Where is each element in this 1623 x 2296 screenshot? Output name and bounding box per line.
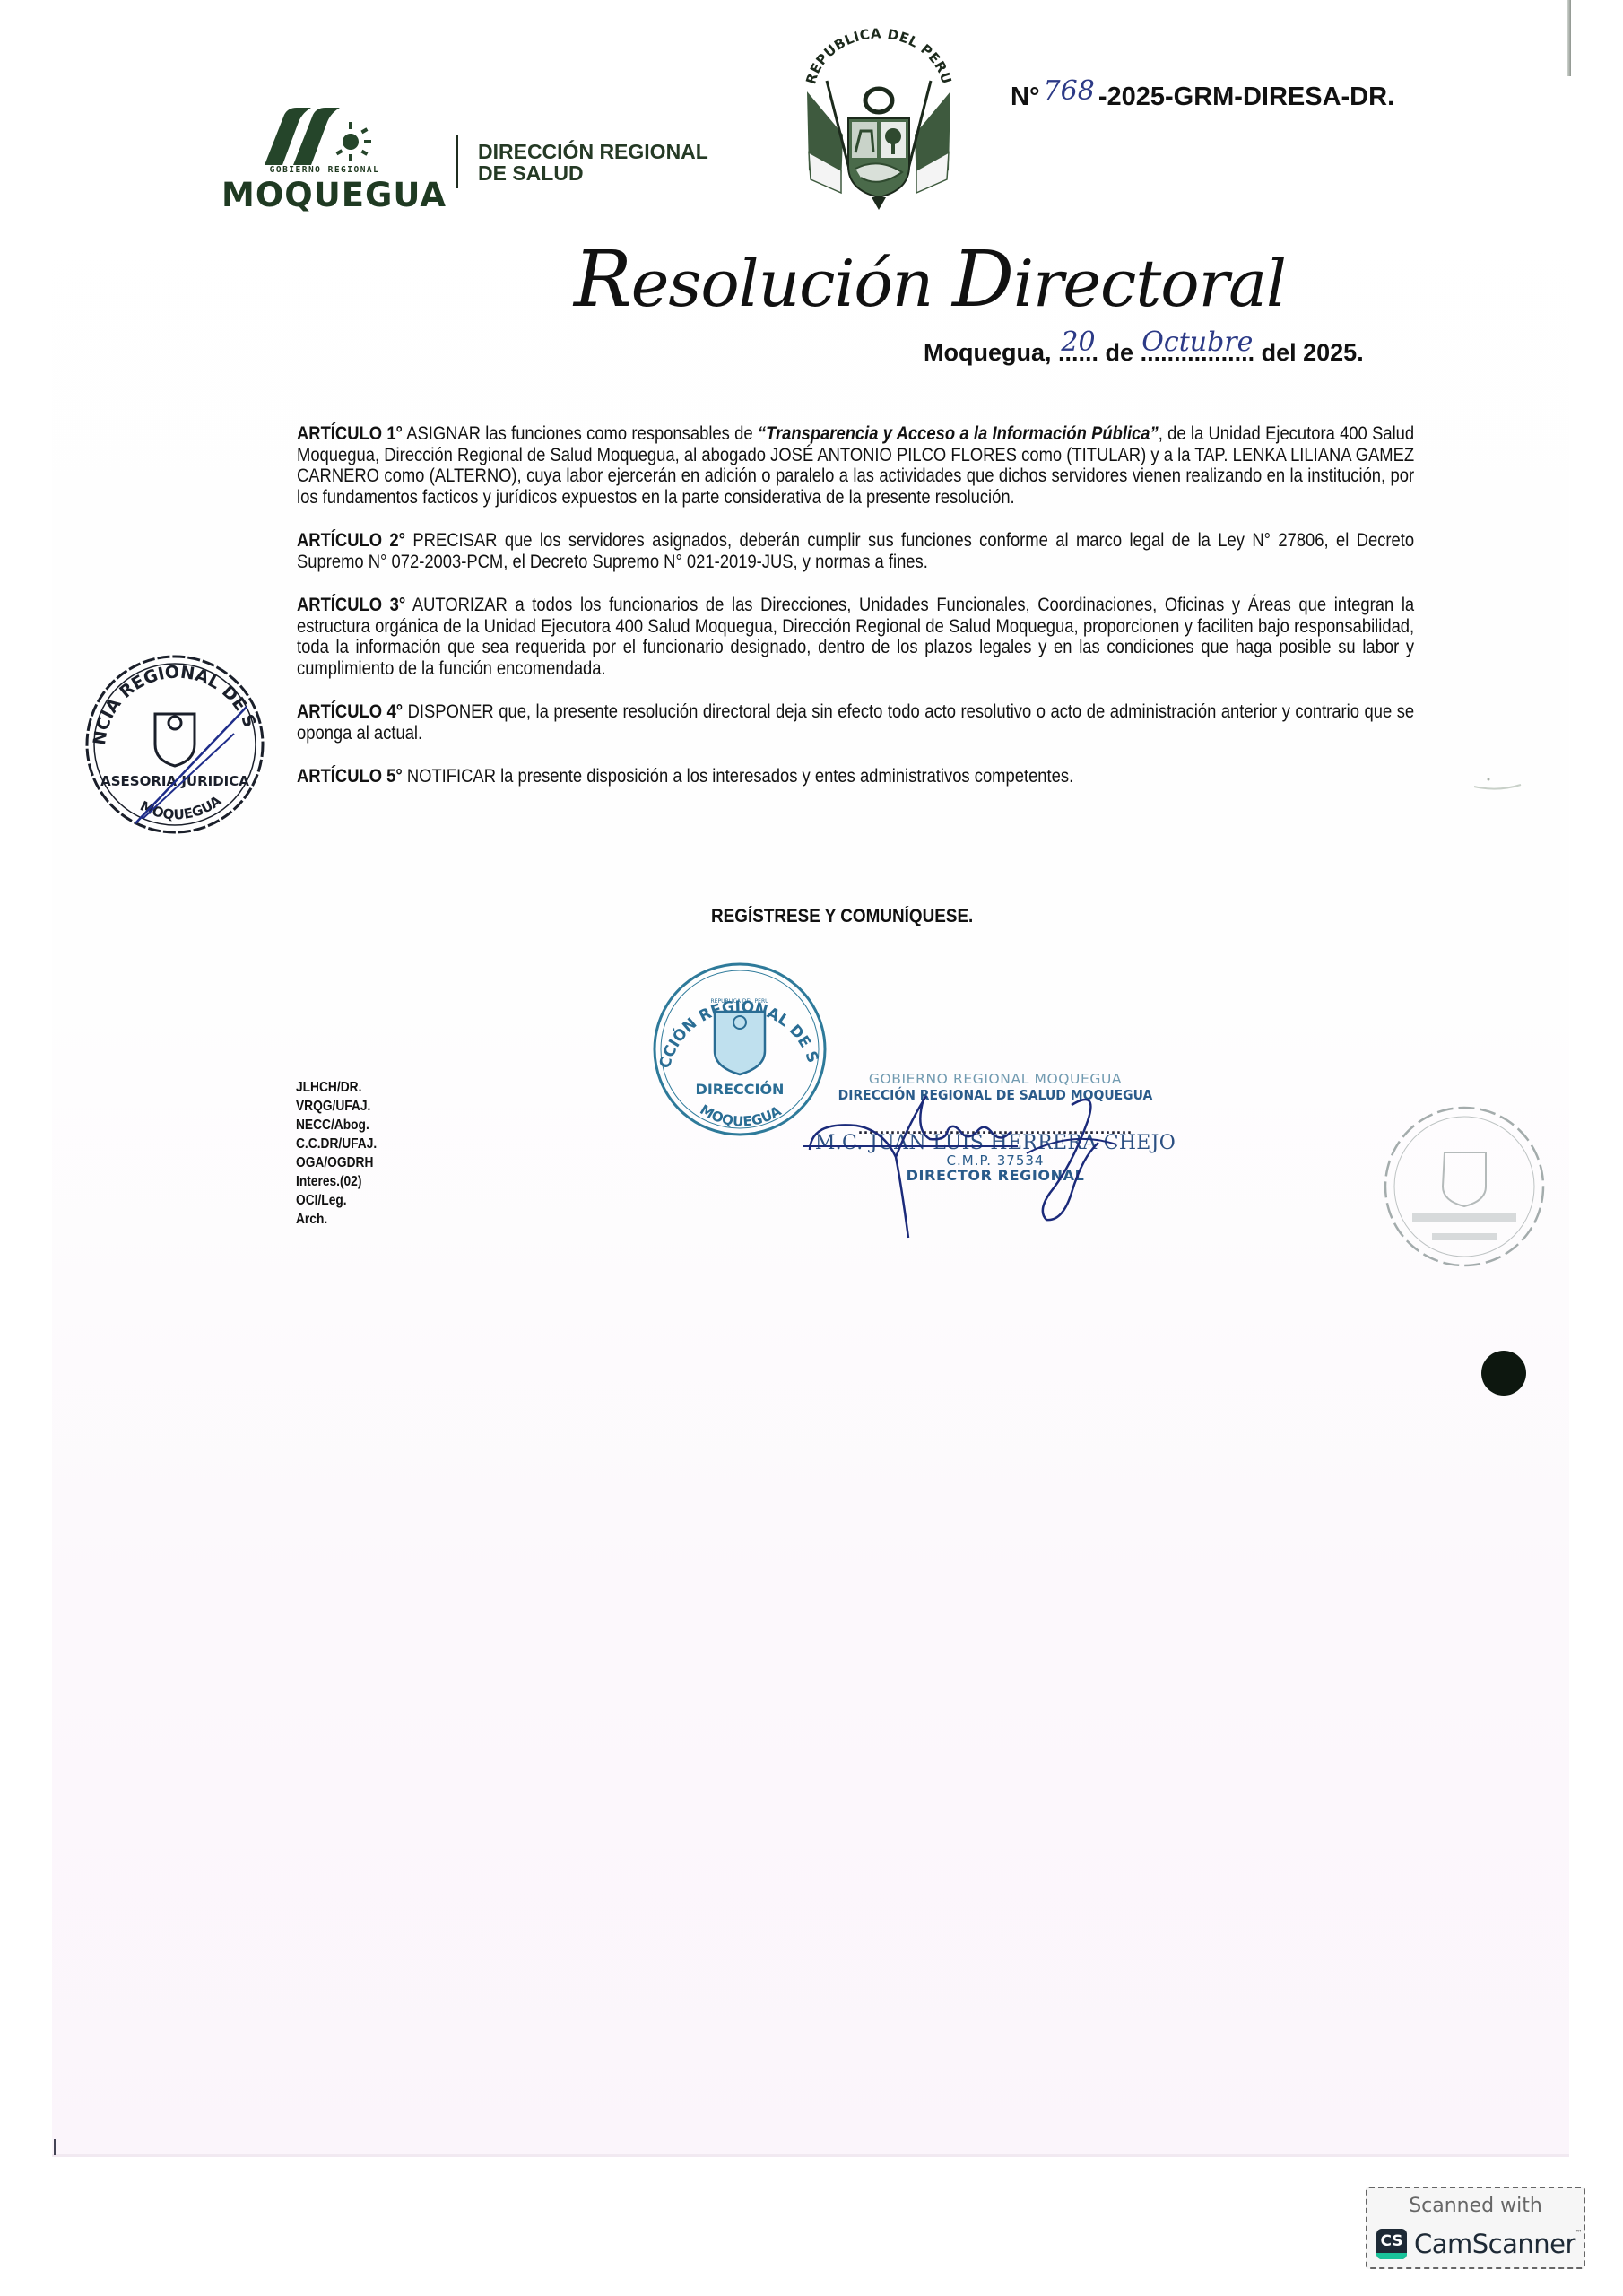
header-divider (456, 135, 458, 188)
document-title: Resolución Directoral (574, 235, 1286, 325)
camscanner-brand: CamScanner™ (1414, 2229, 1582, 2259)
logo-subtitle: GOBIERNO REGIONAL (248, 165, 401, 175)
svg-text:GERENCIA REGIONAL DE SALUD: GERENCIA REGIONAL DE SALUD (76, 644, 260, 746)
doc-number-prefix: N° (1011, 83, 1040, 111)
article-emphasis: “Transparencia y Acceso a la Información… (758, 422, 1159, 444)
distribution-item: VRQG/UFAJ. (296, 1097, 377, 1116)
camscanner-logo-text: CS (1380, 2232, 1402, 2250)
date-line: Moquegua, ......20 de .................O… (924, 339, 1364, 367)
signatory-cmp: C.M.P. 37534 (807, 1153, 1184, 1168)
gobierno-regional-logo: GOBIERNO REGIONAL MOQUEGUA (221, 106, 437, 209)
distribution-item: NECC/Abog. (296, 1116, 377, 1135)
scanned-with-label: Scanned with (1367, 2195, 1584, 2217)
doc-number-suffix: -2025-GRM-DIRESA-DR. (1098, 83, 1394, 111)
article-text: DISPONER que, la presente resolución dir… (297, 700, 1414, 744)
closing-formula: REGÍSTRESE Y COMUNÍQUESE. (711, 906, 973, 927)
svg-text:DIRECCIÓN: DIRECCIÓN (696, 1081, 785, 1098)
article-label: ARTÍCULO 2° (297, 529, 405, 551)
article-text: NOTIFICAR la presente disposición a los … (403, 765, 1073, 787)
page-bottom-edge (52, 2154, 1569, 2157)
svg-text:REPUBLICA DEL PERU: REPUBLICA DEL PERU (803, 25, 955, 86)
date-city: Moquegua, (924, 339, 1052, 366)
signatory-role: DIRECTOR REGIONAL (807, 1168, 1184, 1183)
date-de: de (1106, 339, 1134, 366)
date-day: ......20 (1058, 339, 1098, 366)
articles: ARTÍCULO 1° ASIGNAR las funciones como r… (297, 423, 1414, 810)
document-number: N°768-2025-GRM-DIRESA-DR. (1011, 81, 1394, 112)
page-edge-shadow (1567, 0, 1571, 76)
organization-name: DIRECCIÓN REGIONAL DE SALUD (478, 141, 708, 184)
punch-hole-mark (1481, 1351, 1526, 1396)
month-handwritten: Octubre (1141, 326, 1255, 358)
article-label: ARTÍCULO 3° (297, 594, 405, 615)
camscanner-brand-row: CS CamScanner™ (1376, 2229, 1582, 2259)
brand-name: CamScanner (1414, 2229, 1575, 2259)
article-2: ARTÍCULO 2° PRECISAR que los servidores … (297, 530, 1414, 572)
date-month: .................Octubre (1141, 339, 1255, 366)
signature-block: GOBIERNO REGIONAL MOQUEGUA DIRECCIÓN REG… (807, 1072, 1184, 1183)
article-text: AUTORIZAR a todos los funcionarios de la… (297, 594, 1414, 679)
moquegua-logo-icon (257, 106, 392, 165)
camscanner-logo-icon: CS (1376, 2229, 1407, 2259)
doc-number-handwritten: 768 (1044, 75, 1095, 107)
asesoria-juridica-stamp-icon: GERENCIA REGIONAL DE SALUD ASESORIA JURI… (76, 644, 273, 841)
direccion-regional-stamp-icon: DIRECCIÓN REGIONAL DE SALUD REPUBLICA DE… (650, 960, 829, 1139)
signatory-name: M.C. JUAN LUIS HERRERA CHEJO (807, 1134, 1184, 1153)
article-text: PRECISAR que los servidores asignados, d… (297, 529, 1414, 572)
signature-org-line-1: GOBIERNO REGIONAL MOQUEGUA (807, 1072, 1184, 1087)
article-3: ARTÍCULO 3° AUTORIZAR a todos los funcio… (297, 595, 1414, 679)
article-label: ARTÍCULO 5° (297, 765, 403, 787)
article-text: ASIGNAR las funciones como responsables … (403, 422, 758, 444)
title-word-1: esolución (631, 246, 933, 321)
title-cap-2: D (952, 235, 1013, 325)
distribution-item: C.C.DR/UFAJ. (296, 1135, 377, 1153)
page-corner-mark (54, 2139, 56, 2155)
scan-smudge (1471, 776, 1524, 794)
article-5: ARTÍCULO 5° NOTIFICAR la presente dispos… (297, 766, 1414, 787)
svg-text:MOQUEGUA: MOQUEGUA (697, 1101, 784, 1130)
distribution-item: OGA/OGDRH (296, 1153, 377, 1172)
trademark: ™ (1575, 2229, 1583, 2237)
day-handwritten: 20 (1058, 326, 1098, 358)
org-line-1: DIRECCIÓN REGIONAL (478, 141, 708, 162)
svg-text:REPUBLICA DEL PERU: REPUBLICA DEL PERU (710, 998, 768, 1004)
distribution-list: JLHCH/DR. VRQG/UFAJ. NECC/Abog. C.C.DR/U… (296, 1078, 377, 1229)
title-word-2: irectoral (1013, 246, 1286, 321)
article-label: ARTÍCULO 4° (297, 700, 403, 722)
title-cap-1: R (574, 235, 631, 325)
faded-mirrored-stamp-icon (1376, 1099, 1556, 1287)
article-4: ARTÍCULO 4° DISPONER que, la presente re… (297, 701, 1414, 744)
signature-org-line-2: DIRECCIÓN REGIONAL DE SALUD MOQUEGUA (826, 1087, 1165, 1103)
distribution-item: Interes.(02) (296, 1172, 377, 1191)
camscanner-watermark: Scanned with CS CamScanner™ (1366, 2187, 1585, 2269)
org-line-2: DE SALUD (478, 162, 708, 184)
date-year: del 2025. (1262, 339, 1364, 366)
logo-name: MOQUEGUA (221, 176, 447, 214)
distribution-item: JLHCH/DR. (296, 1078, 377, 1097)
distribution-item: Arch. (296, 1210, 377, 1229)
distribution-item: OCI/Leg. (296, 1191, 377, 1210)
article-1: ARTÍCULO 1° ASIGNAR las funciones como r… (297, 423, 1414, 508)
escudo-peru-icon: REPUBLICA DEL PERU (789, 18, 968, 211)
article-label: ARTÍCULO 1° (297, 422, 403, 444)
